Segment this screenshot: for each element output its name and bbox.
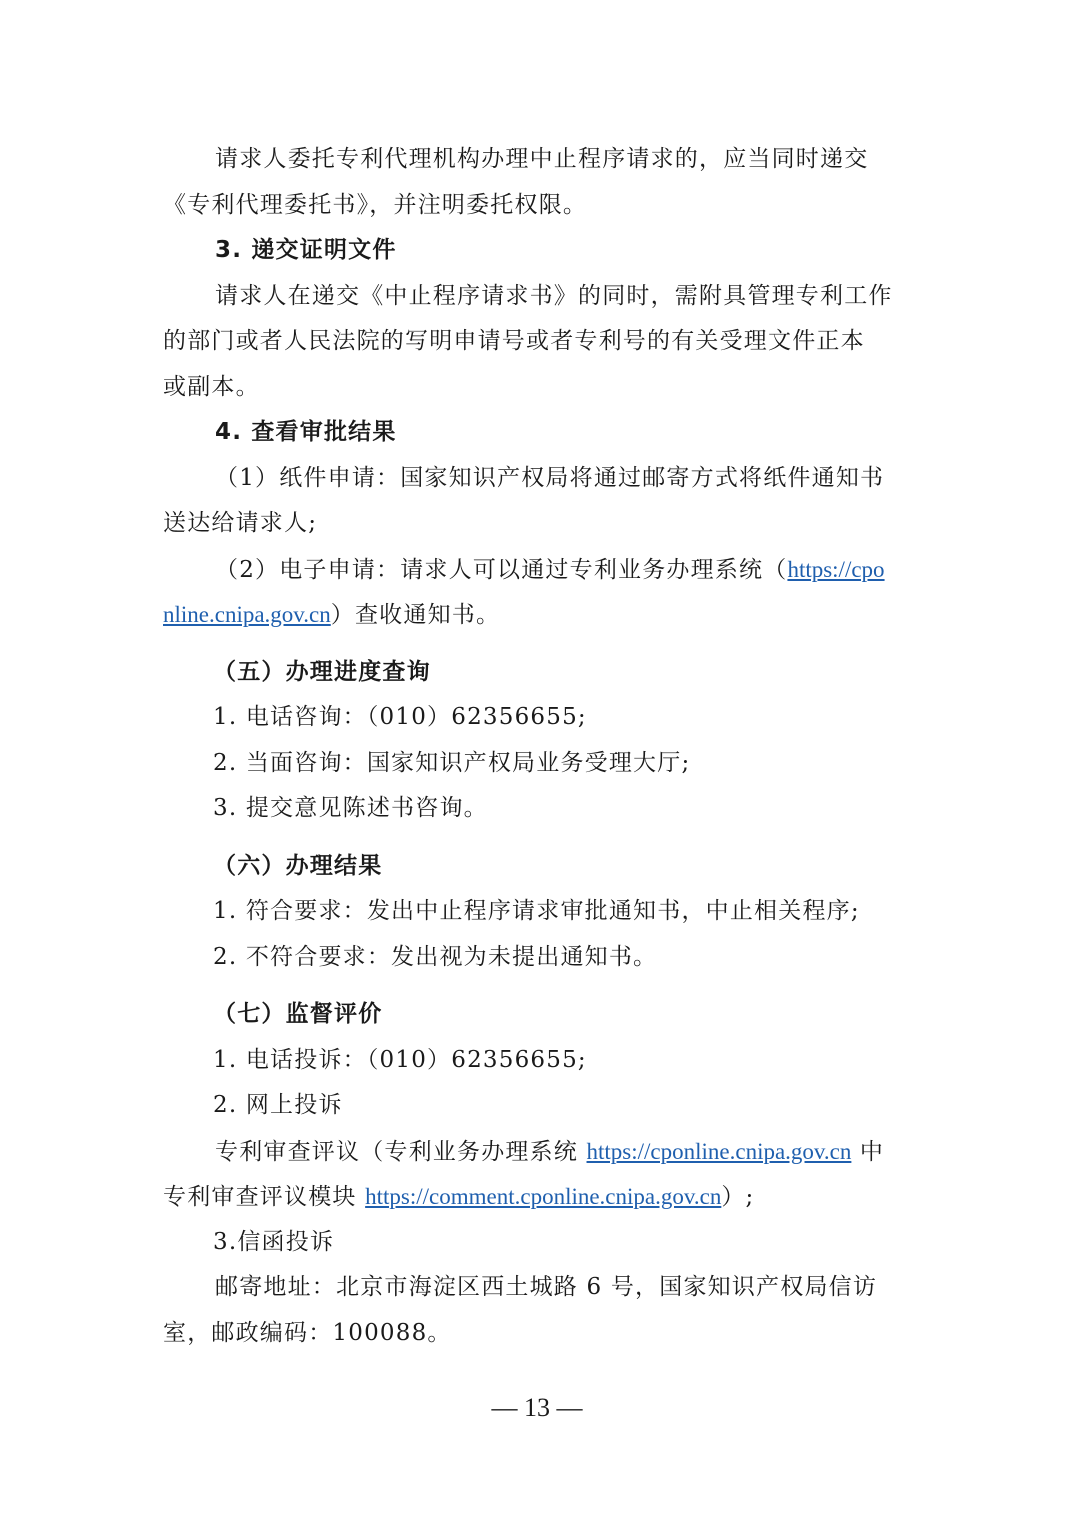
- paragraph-proof-line1: 请求人在递交《中止程序请求书》的同时，需附具管理专利工作: [163, 274, 913, 320]
- section7-item-2: 2. 网上投诉: [163, 1083, 913, 1129]
- paragraph-proof-line2: 的部门或者人民法院的写明申请号或者专利号的有关受理文件正本: [163, 319, 913, 365]
- comment-module-tail: ）;: [721, 1184, 754, 1210]
- paragraph-electronic-line1: （2）电子申请：请求人可以通过专利业务办理系统（https://cpo: [163, 547, 913, 593]
- comment-module-text: 专利审查评议模块: [163, 1184, 365, 1210]
- letter-complaint-title: 3.信函投诉: [163, 1220, 913, 1266]
- paragraph-agent-line1: 请求人委托专利代理机构办理中止程序请求的，应当同时递交: [163, 137, 913, 183]
- paragraph-proof-line3: 或副本。: [163, 365, 913, 411]
- online-complaint-text: 专利审查评议（专利业务办理系统: [215, 1139, 587, 1165]
- address-line1: 邮寄地址：北京市海淀区西土城路 6 号，国家知识产权局信访: [163, 1265, 913, 1311]
- paragraph-agent-line2: 《专利代理委托书》，并注明委托权限。: [163, 183, 913, 229]
- electronic-tail: ）查收通知书。: [331, 602, 500, 628]
- online-complaint-line1: 专利审查评议（专利业务办理系统 https://cponline.cnipa.g…: [163, 1129, 913, 1175]
- document-page: 请求人委托专利代理机构办理中止程序请求的，应当同时递交 《专利代理委托书》，并注…: [163, 137, 913, 1356]
- paragraph-electronic-line2: nline.cnipa.gov.cn）查收通知书。: [163, 592, 913, 638]
- section6-item-1: 1. 符合要求：发出中止程序请求审批通知书，中止相关程序;: [163, 889, 913, 935]
- heading-view-result: 4. 查看审批结果: [163, 410, 913, 456]
- section5-item-2: 2. 当面咨询：国家知识产权局业务受理大厅;: [163, 741, 913, 787]
- online-complaint-tail: 中: [851, 1139, 884, 1165]
- online-complaint-line2: 专利审查评议模块 https://comment.cponline.cnipa.…: [163, 1174, 913, 1220]
- section6-item-2: 2. 不符合要求：发出视为未提出通知书。: [163, 935, 913, 981]
- electronic-text: （2）电子申请：请求人可以通过专利业务办理系统（: [215, 557, 787, 583]
- section7-item-1: 1. 电话投诉：（010）62356655;: [163, 1038, 913, 1084]
- cponline-link[interactable]: https://cponline.cnipa.gov.cn: [587, 1139, 852, 1164]
- section7-title: （七）监督评价: [163, 992, 913, 1038]
- paragraph-paper-line1: （1）纸件申请：国家知识产权局将通过邮寄方式将纸件通知书: [163, 456, 913, 502]
- cponline-link-part2[interactable]: nline.cnipa.gov.cn: [163, 602, 331, 627]
- paragraph-paper-line2: 送达给请求人;: [163, 501, 913, 547]
- comment-cponline-link[interactable]: https://comment.cponline.cnipa.gov.cn: [365, 1184, 721, 1209]
- address-line2: 室，邮政编码：100088。: [163, 1311, 913, 1357]
- section5-title: （五）办理进度查询: [163, 650, 913, 696]
- spacer: [163, 832, 913, 844]
- spacer: [163, 638, 913, 650]
- section5-item-1: 1. 电话咨询：（010）62356655;: [163, 695, 913, 741]
- page-number: — 13 —: [0, 1393, 1074, 1423]
- section6-title: （六）办理结果: [163, 844, 913, 890]
- spacer: [163, 980, 913, 992]
- cponline-link-part1[interactable]: https://cpo: [787, 557, 884, 582]
- heading-submit-proof: 3. 递交证明文件: [163, 228, 913, 274]
- section5-item-3: 3. 提交意见陈述书咨询。: [163, 786, 913, 832]
